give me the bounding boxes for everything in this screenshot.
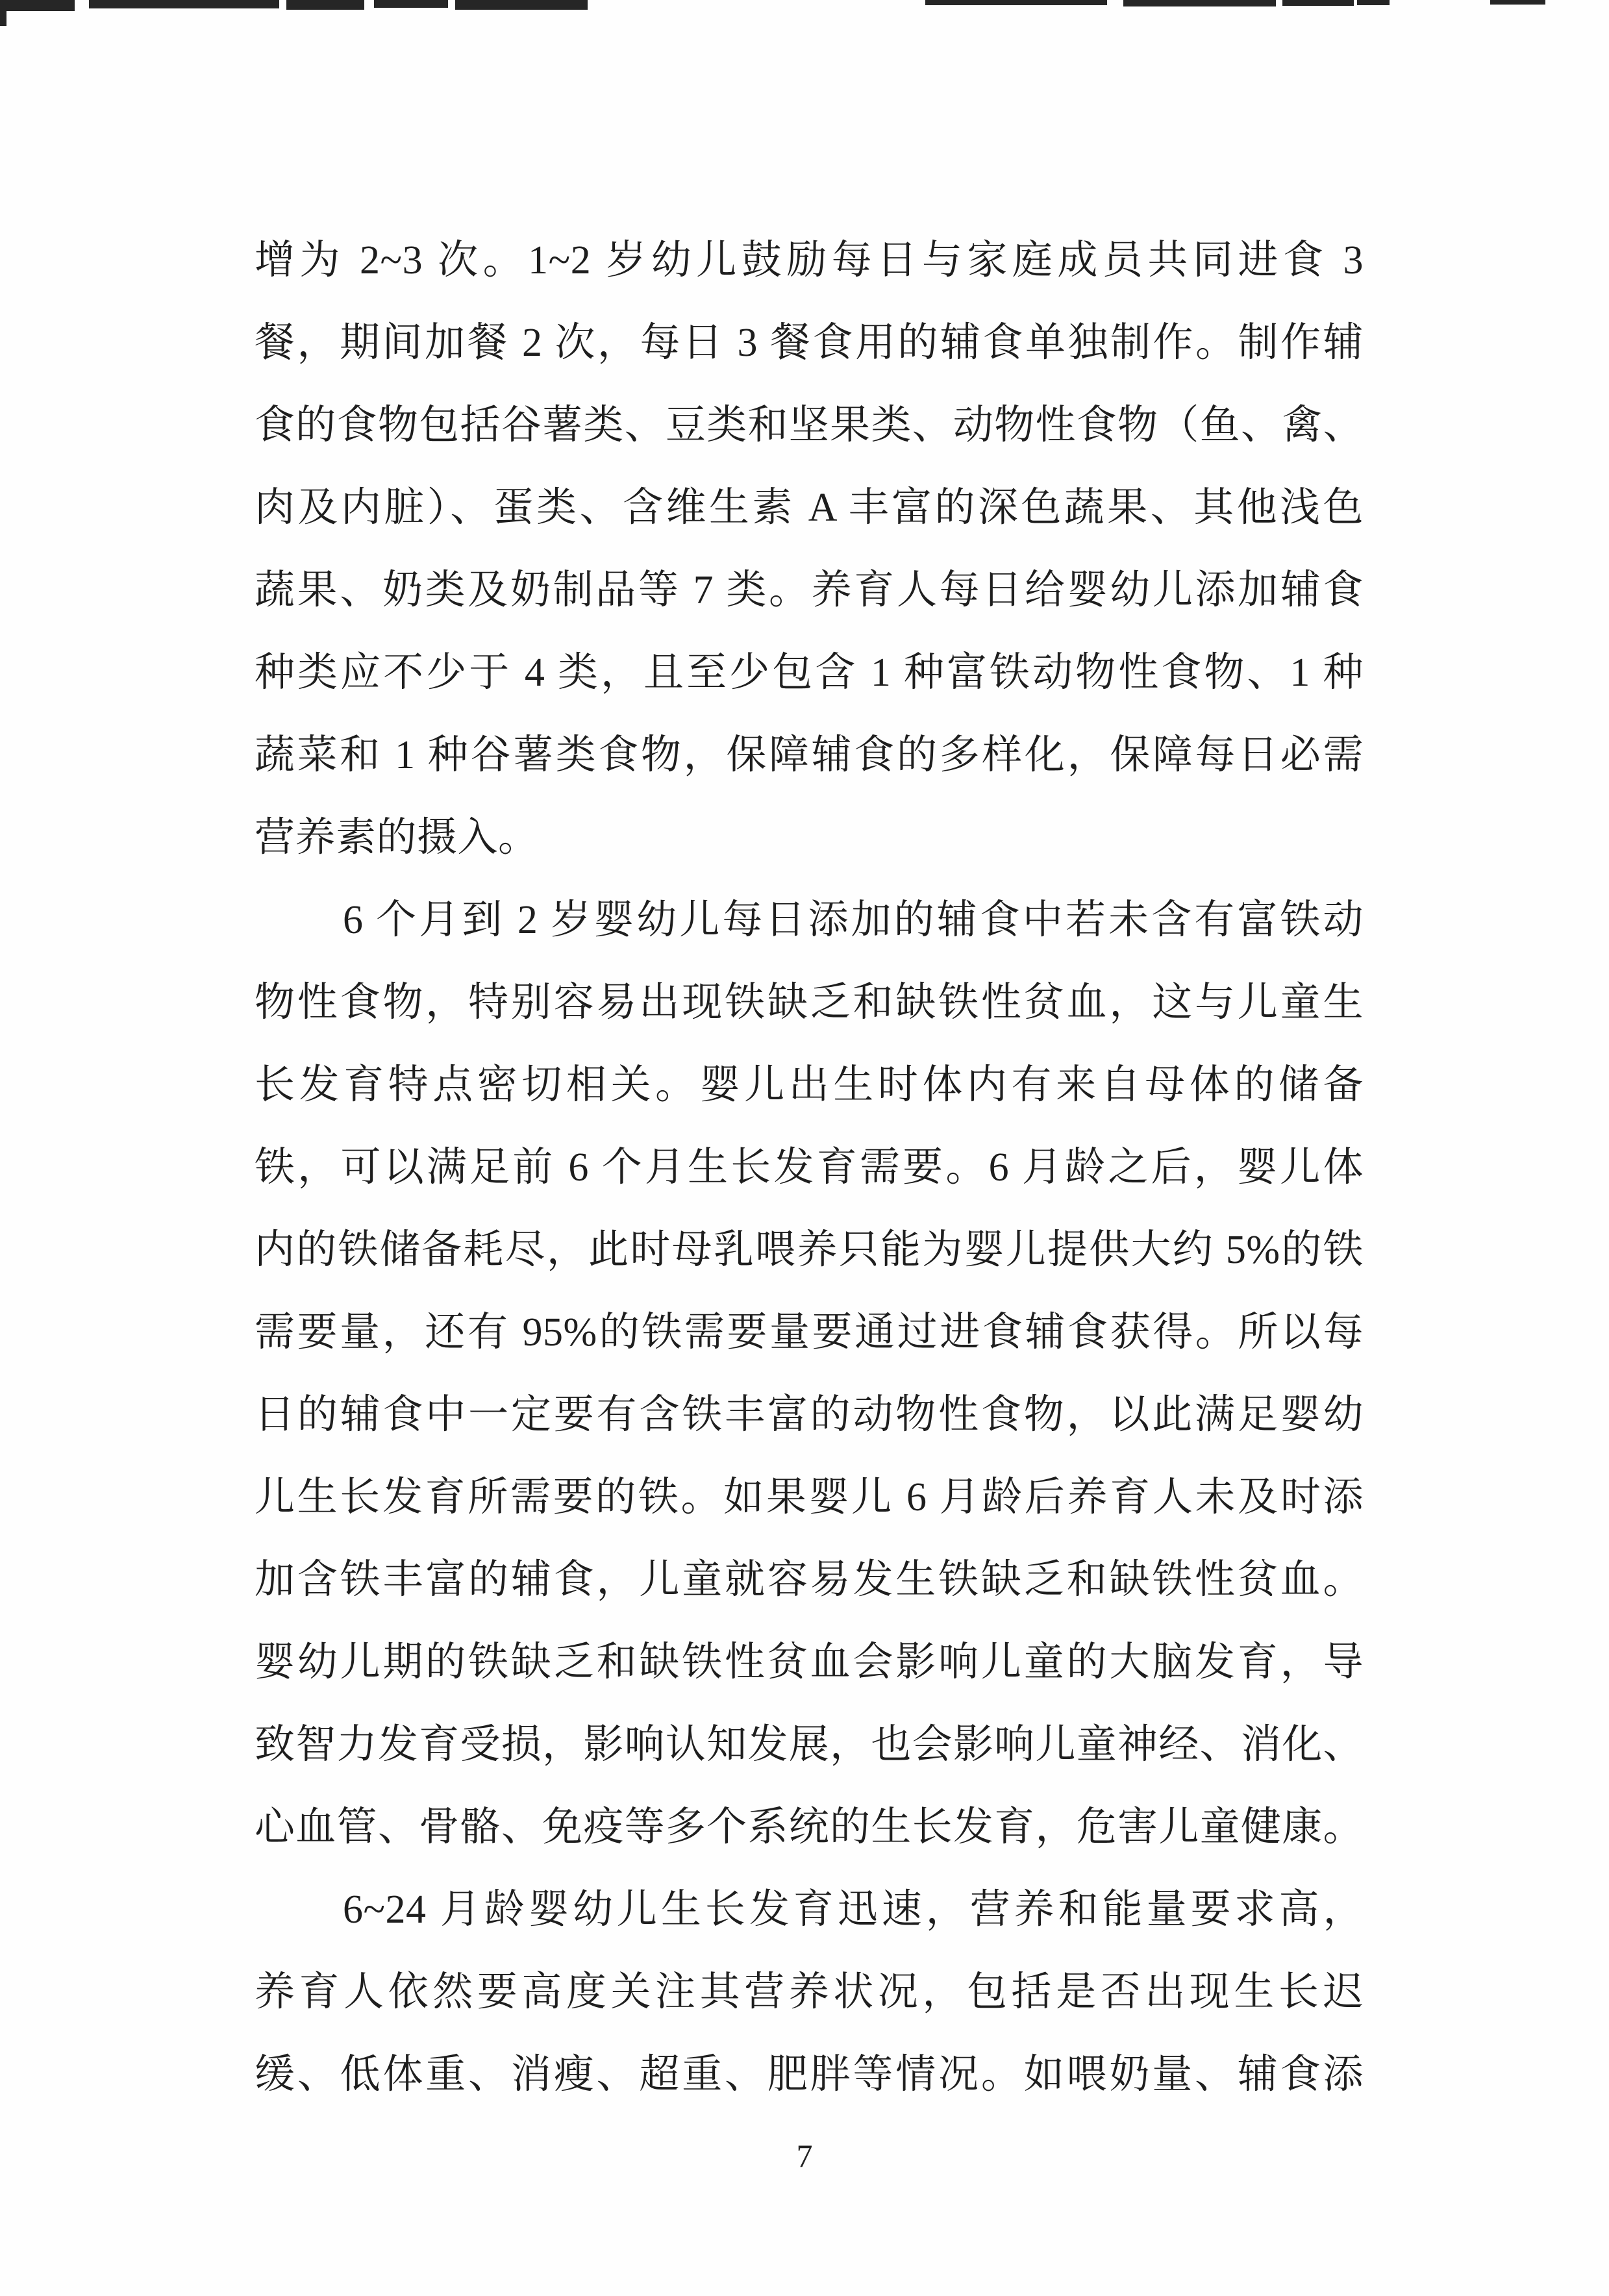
text-line: 婴幼儿期的铁缺乏和缺铁性贫血会影响儿童的大脑发育，导 bbox=[255, 1621, 1364, 1704]
scan-mark bbox=[0, 0, 75, 11]
text-line: 6~24 月龄婴幼儿生长发育迅速，营养和能量要求高， bbox=[255, 1869, 1364, 1951]
text-line: 缓、低体重、消瘦、超重、肥胖等情况。如喂奶量、辅食添 bbox=[255, 2034, 1364, 2116]
text-line: 致智力发育受损，影响认知发展，也会影响儿童神经、消化、 bbox=[255, 1704, 1364, 1786]
text-line: 加含铁丰富的辅食，儿童就容易发生铁缺乏和缺铁性贫血。 bbox=[255, 1539, 1364, 1621]
scan-mark bbox=[374, 0, 448, 8]
text-line: 日的辅食中一定要有含铁丰富的动物性食物，以此满足婴幼 bbox=[255, 1374, 1364, 1456]
text-line: 养育人依然要高度关注其营养状况，包括是否出现生长迟 bbox=[255, 1951, 1364, 2034]
text-line: 物性食物，特别容易出现铁缺乏和缺铁性贫血，这与儿童生 bbox=[255, 962, 1364, 1044]
scan-artifact-strip bbox=[0, 0, 1609, 16]
page-number: 7 bbox=[0, 2133, 1609, 2178]
scan-mark bbox=[925, 0, 1107, 5]
text-line: 6 个月到 2 岁婴幼儿每日添加的辅食中若未含有富铁动 bbox=[255, 879, 1364, 962]
text-line: 内的铁储备耗尽，此时母乳喂养只能为婴儿提供大约 5%的铁 bbox=[255, 1209, 1364, 1291]
text-line: 蔬菜和 1 种谷薯类食物，保障辅食的多样化，保障每日必需 bbox=[255, 714, 1364, 797]
text-line: 餐，期间加餐 2 次，每日 3 餐食用的辅食单独制作。制作辅 bbox=[255, 302, 1364, 384]
text-line: 心血管、骨骼、免疫等多个系统的生长发育，危害儿童健康。 bbox=[255, 1786, 1364, 1869]
text-line: 肉及内脏）、蛋类、含维生素 A 丰富的深色蔬果、其他浅色 bbox=[255, 467, 1364, 549]
document-page: 增为 2~3 次。1~2 岁幼儿鼓励每日与家庭成员共同进食 3 餐，期间加餐 2… bbox=[0, 0, 1609, 2296]
scan-mark bbox=[286, 0, 364, 10]
text-line: 营养素的摄入。 bbox=[255, 797, 1364, 879]
body-text: 增为 2~3 次。1~2 岁幼儿鼓励每日与家庭成员共同进食 3 餐，期间加餐 2… bbox=[255, 219, 1364, 2116]
scan-mark bbox=[1282, 0, 1354, 6]
text-line: 长发育特点密切相关。婴儿出生时体内有来自母体的储备 bbox=[255, 1044, 1364, 1127]
text-line: 增为 2~3 次。1~2 岁幼儿鼓励每日与家庭成员共同进食 3 bbox=[255, 219, 1364, 302]
text-line: 儿生长发育所需要的铁。如果婴儿 6 月龄后养育人未及时添 bbox=[255, 1456, 1364, 1539]
scan-mark bbox=[0, 0, 6, 26]
scan-mark bbox=[1123, 0, 1276, 6]
scan-mark bbox=[1490, 0, 1545, 5]
text-line: 需要量，还有 95%的铁需要量要通过进食辅食获得。所以每 bbox=[255, 1291, 1364, 1374]
scan-mark bbox=[1357, 0, 1390, 5]
text-line: 食的食物包括谷薯类、豆类和坚果类、动物性食物（鱼、禽、 bbox=[255, 384, 1364, 467]
text-line: 蔬果、奶类及奶制品等 7 类。养育人每日给婴幼儿添加辅食 bbox=[255, 549, 1364, 632]
text-line: 铁，可以满足前 6 个月生长发育需要。6 月龄之后，婴儿体 bbox=[255, 1127, 1364, 1209]
text-line: 种类应不少于 4 类，且至少包含 1 种富铁动物性食物、1 种 bbox=[255, 632, 1364, 714]
scan-mark bbox=[455, 0, 588, 10]
scan-mark bbox=[89, 0, 279, 8]
